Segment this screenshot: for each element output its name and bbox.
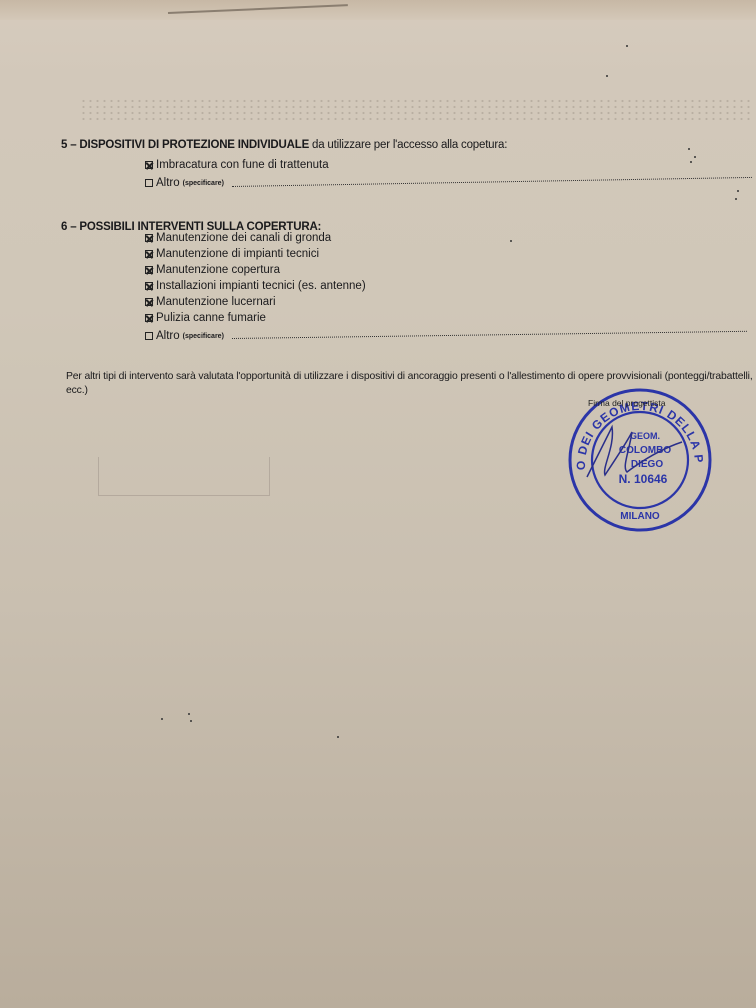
section-5-heading: 5 – DISPOSITIVI DI PROTEZIONE INDIVIDUAL… bbox=[61, 139, 507, 151]
checkbox-checked-icon[interactable] bbox=[145, 250, 153, 258]
speck bbox=[190, 720, 192, 722]
checkbox-checked-icon[interactable] bbox=[145, 234, 153, 242]
option-note: (specificare) bbox=[183, 180, 224, 187]
checkbox-checked-icon[interactable] bbox=[145, 161, 153, 169]
faint-bleed-box bbox=[98, 457, 270, 496]
option-label: Installazioni impianti tecnici (es. ante… bbox=[156, 280, 366, 292]
option-imbracatura[interactable]: Imbracatura con fune di trattenuta bbox=[145, 159, 329, 171]
speck bbox=[626, 45, 628, 47]
option-altro-5[interactable]: Altro (specificare) bbox=[145, 177, 224, 189]
checkbox-checked-icon[interactable] bbox=[145, 266, 153, 274]
option-label: Manutenzione lucernari bbox=[156, 296, 276, 308]
checkbox-empty-icon[interactable] bbox=[145, 179, 153, 187]
option-label: Manutenzione dei canali di gronda bbox=[156, 232, 331, 244]
option-canne-fumarie[interactable]: Pulizia canne fumarie bbox=[145, 312, 266, 324]
option-label: Altro bbox=[156, 330, 180, 342]
option-label: Manutenzione di impianti tecnici bbox=[156, 248, 319, 260]
speck bbox=[737, 190, 739, 192]
speck bbox=[735, 198, 737, 200]
option-label: Altro bbox=[156, 177, 180, 189]
section-6-number: 6 – bbox=[61, 221, 76, 233]
stamp-title: GEOM. bbox=[630, 431, 660, 441]
stamp-number: N. 10646 bbox=[619, 472, 668, 486]
speck bbox=[606, 75, 608, 77]
speck bbox=[161, 718, 163, 720]
speck bbox=[188, 713, 190, 715]
speck bbox=[337, 736, 339, 738]
altro-6-fill-line[interactable] bbox=[232, 331, 747, 339]
option-label: Imbracatura con fune di trattenuta bbox=[156, 159, 329, 171]
option-note: (specificare) bbox=[183, 333, 224, 340]
section-5-title-rest: da utilizzare per l'accesso alla copetur… bbox=[312, 139, 507, 151]
page-top-edge bbox=[0, 0, 756, 20]
option-lucernari[interactable]: Manutenzione lucernari bbox=[145, 296, 276, 308]
checkbox-checked-icon[interactable] bbox=[145, 282, 153, 290]
speck bbox=[510, 240, 512, 242]
speck bbox=[694, 156, 696, 158]
option-impianti-tecnici[interactable]: Manutenzione di impianti tecnici bbox=[145, 248, 319, 260]
section-5-title: DISPOSITIVI DI PROTEZIONE INDIVIDUALE bbox=[79, 139, 309, 151]
checkbox-checked-icon[interactable] bbox=[145, 298, 153, 306]
option-altro-6[interactable]: Altro (specificare) bbox=[145, 330, 224, 342]
professional-stamp: COLLEGIO DEI GEOMETRI DELLA PROVINCIA MI… bbox=[567, 387, 713, 533]
speck bbox=[690, 161, 692, 163]
speck bbox=[688, 148, 690, 150]
altro-5-fill-line[interactable] bbox=[232, 177, 752, 187]
stamp-name: DIEGO bbox=[631, 459, 663, 470]
option-canali-gronda[interactable]: Manutenzione dei canali di gronda bbox=[145, 232, 331, 244]
option-label: Pulizia canne fumarie bbox=[156, 312, 266, 324]
stamp-bottom-text: MILANO bbox=[620, 511, 660, 522]
option-label: Manutenzione copertura bbox=[156, 264, 280, 276]
checkbox-checked-icon[interactable] bbox=[145, 314, 153, 322]
checkbox-empty-icon[interactable] bbox=[145, 332, 153, 340]
signature-label: Firma del progettista bbox=[588, 398, 665, 408]
section-5-number: 5 – bbox=[61, 139, 76, 151]
option-copertura[interactable]: Manutenzione copertura bbox=[145, 264, 280, 276]
bleed-through-text bbox=[80, 98, 750, 120]
option-installazioni[interactable]: Installazioni impianti tecnici (es. ante… bbox=[145, 280, 366, 292]
